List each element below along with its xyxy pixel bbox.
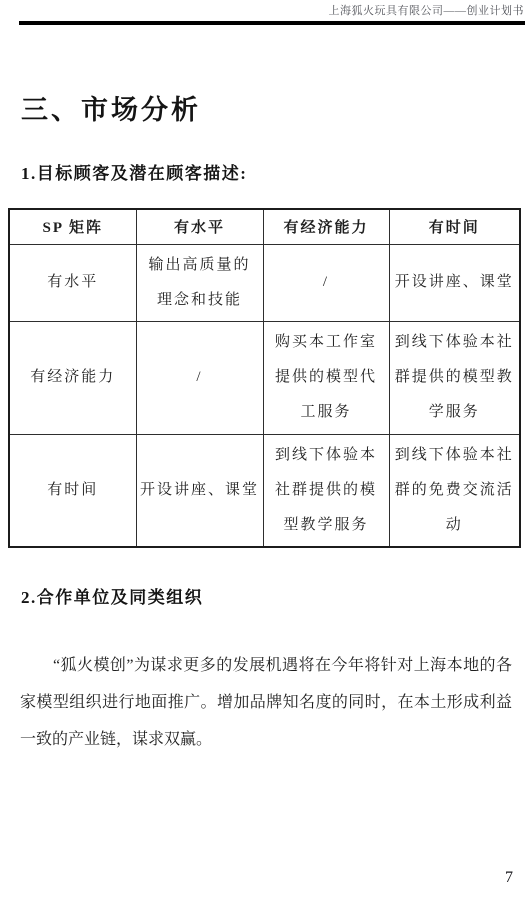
table-cell: 到线下体验本社 群的免费交流活 动	[389, 434, 520, 547]
table-cell: 开设讲座、课堂	[136, 434, 263, 547]
table-cell: /	[263, 244, 389, 321]
table-header-cell-has-skill: 有水平	[136, 209, 263, 244]
table-cell: 到线下体验本社 群提供的模型教 学服务	[389, 321, 520, 434]
table-header-cell-sp-matrix: SP 矩阵	[9, 209, 136, 244]
table-cell: 开设讲座、课堂	[389, 244, 520, 321]
row-label: 有水平	[9, 244, 136, 321]
table-cell: 输出高质量的 理念和技能	[136, 244, 263, 321]
subsection-1-heading: 1.目标顾客及潜在顾客描述:	[21, 159, 247, 184]
table-header-row: SP 矩阵 有水平 有经济能力 有时间	[9, 209, 520, 244]
page-number: 7	[505, 869, 513, 887]
row-label: 有经济能力	[9, 321, 136, 434]
table-cell: 购买本工作室 提供的模型代 工服务	[263, 321, 389, 434]
sp-matrix-table: SP 矩阵 有水平 有经济能力 有时间 有水平 输出高质量的 理念和技能 / 开…	[8, 208, 521, 548]
subsection-2-heading: 2.合作单位及同类组织	[21, 583, 203, 608]
table-cell: 到线下体验本 社群提供的模 型教学服务	[263, 434, 389, 547]
page-title: 三、市场分析	[21, 88, 201, 127]
table-row-has-skill: 有水平 输出高质量的 理念和技能 / 开设讲座、课堂	[9, 244, 520, 321]
table-row-has-money: 有经济能力 / 购买本工作室 提供的模型代 工服务 到线下体验本社 群提供的模型…	[9, 321, 520, 434]
table-row-has-time: 有时间 开设讲座、课堂 到线下体验本 社群提供的模 型教学服务 到线下体验本社 …	[9, 434, 520, 547]
body-paragraph: “狐火模创”为谋求更多的发展机遇将在今年将针对上海本地的各家模型组织进行地面推广…	[20, 647, 512, 758]
document-header-title: 上海狐火玩具有限公司——创业计划书	[329, 2, 525, 18]
row-label: 有时间	[9, 434, 136, 547]
table-header-cell-has-time: 有时间	[389, 209, 520, 244]
header-rule	[19, 21, 525, 25]
table-header-cell-has-money: 有经济能力	[263, 209, 389, 244]
table-cell: /	[136, 321, 263, 434]
